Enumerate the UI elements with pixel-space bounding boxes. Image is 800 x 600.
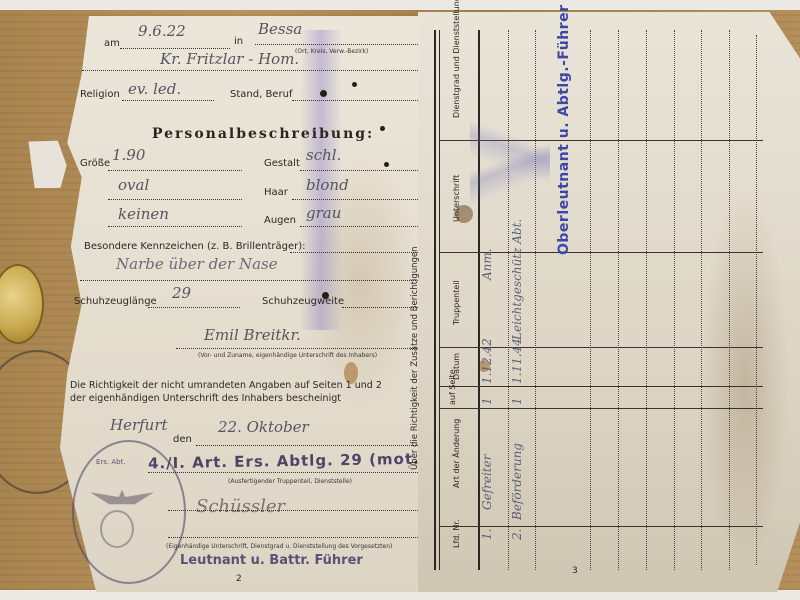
table-grid (646, 30, 647, 570)
wreath-emblem-icon (100, 510, 134, 548)
dotted-line (300, 170, 420, 171)
table-border (434, 30, 436, 570)
stand-label: Stand, Beruf (230, 89, 292, 100)
haar-label: Haar (264, 187, 288, 198)
dotted-line (108, 226, 242, 227)
certification-line2: der eigenhändigen Unterschrift des Inhab… (70, 393, 341, 404)
punch-hole (352, 82, 357, 87)
issue-place-value: Herfurt (110, 416, 168, 434)
column-header-art: Art der Änderung (452, 419, 461, 488)
groesse-label: Größe (80, 158, 110, 169)
page-number-left: 2 (236, 574, 242, 584)
dotted-line (168, 537, 420, 538)
schuhzeugweite-label: Schuhzeugweite (262, 296, 344, 307)
schuhzeuglaenge-value: 29 (172, 284, 191, 302)
birth-date-label: am (104, 38, 120, 49)
dotted-line (148, 307, 240, 308)
haar-value: blond (306, 176, 349, 194)
table-grid (729, 30, 730, 570)
table-grid (674, 30, 675, 570)
dotted-line (290, 252, 420, 253)
punch-hole (320, 90, 327, 97)
stain (700, 190, 790, 570)
column-header-unterschrift: Unterschrift (452, 175, 461, 222)
dotted-line (148, 472, 420, 473)
table-grid (590, 30, 591, 570)
place-hint: (Ort, Kreis, Verw.-Bezirk) (295, 48, 368, 55)
officer-signature: Schüssler (196, 496, 285, 517)
row-2-datum: 1.11.44 (510, 338, 524, 384)
gestalt-label: Gestalt (264, 158, 300, 169)
dotted-line (108, 199, 242, 200)
row-2-art: Beförderung (510, 443, 524, 520)
dotted-line (120, 48, 230, 49)
table-grid (618, 30, 619, 570)
table-row-divider (439, 408, 763, 409)
row-1-datum: 1.12.42 (480, 338, 494, 384)
column-header-nr: Lfd. Nr. (452, 519, 461, 548)
row-2-seite: 1 (510, 397, 524, 405)
page-number-right: 3 (572, 566, 578, 576)
district-value: Kr. Fritzlar - Hom. (160, 50, 299, 68)
punch-hole (380, 126, 385, 131)
dotted-line (292, 199, 420, 200)
punch-hole (384, 162, 389, 167)
column-header-dienstgrad: Dienstgrad und Dienststellung (452, 0, 461, 118)
gesicht-value: oval (118, 176, 149, 194)
column-header-datum: Datum (452, 353, 461, 380)
row-1-seite: 1 (480, 397, 494, 405)
dotted-line (342, 307, 420, 308)
row-1-nr: 1. (480, 529, 494, 540)
dotted-line (292, 100, 420, 101)
bart-value: keinen (118, 205, 169, 223)
dotted-line (168, 510, 420, 511)
gestalt-value: schl. (306, 146, 341, 164)
dotted-line (196, 445, 420, 446)
date-den-label: den (173, 434, 192, 445)
religion-label: Religion (80, 89, 120, 100)
religion-value: ev. led. (128, 80, 181, 98)
column-header-truppenteil: Truppenteil (452, 280, 461, 325)
side-caption: Über die Richtigkeit der Zusätze und Ber… (410, 246, 420, 470)
issue-date-value: 22. Oktober (218, 418, 309, 436)
inhaber-signature: Emil Breitkr. (204, 326, 301, 344)
table-grid (756, 35, 757, 565)
officer-signature-blue (470, 80, 550, 280)
dotted-line (108, 170, 242, 171)
birth-place-value: Bessa (258, 20, 302, 38)
certification-line1: Die Richtigkeit der nicht umrandeten Ang… (70, 380, 382, 391)
dotted-line (82, 70, 420, 71)
table-border (439, 30, 440, 570)
kennzeichen-value: Narbe über der Nase (116, 255, 278, 273)
table-row-divider (439, 526, 763, 527)
kennzeichen-label: Besondere Kennzeichen (z. B. Brillenträg… (84, 241, 306, 252)
round-stamp-text: Ers. Abt. (96, 458, 126, 466)
row-2-nr: 2. (510, 529, 524, 540)
officer-rank-stamp: Oberleutnant u. Abtlg.-Führer (556, 5, 572, 255)
rank-stamp: Leutnant u. Battr. Führer (180, 553, 363, 568)
dotted-line (255, 44, 420, 45)
dotted-line (122, 100, 214, 101)
birth-place-label: in (234, 36, 243, 47)
table-row-divider (439, 386, 763, 387)
section-heading: Personalbeschreibung: (152, 126, 374, 142)
dotted-line (80, 280, 420, 281)
schuhzeuglaenge-label: Schuhzeuglänge (74, 296, 157, 307)
dotted-line (300, 226, 420, 227)
birth-date-value: 9.6.22 (138, 22, 186, 40)
augen-label: Augen (264, 215, 296, 226)
officer-hint: (Eigenhändige Unterschrift, Dienstgrad u… (166, 543, 392, 550)
groesse-value: 1.90 (112, 146, 145, 164)
inhaber-signature-hint: (Vor- und Zuname, eigenhändige Unterschr… (198, 352, 377, 359)
dotted-line (176, 348, 420, 349)
unit-hint: (Ausfertigender Truppenteil, Dienststell… (228, 478, 352, 485)
table-grid (701, 30, 702, 570)
row-1-art: Gefreiter (480, 455, 494, 510)
augen-value: grau (306, 204, 341, 222)
